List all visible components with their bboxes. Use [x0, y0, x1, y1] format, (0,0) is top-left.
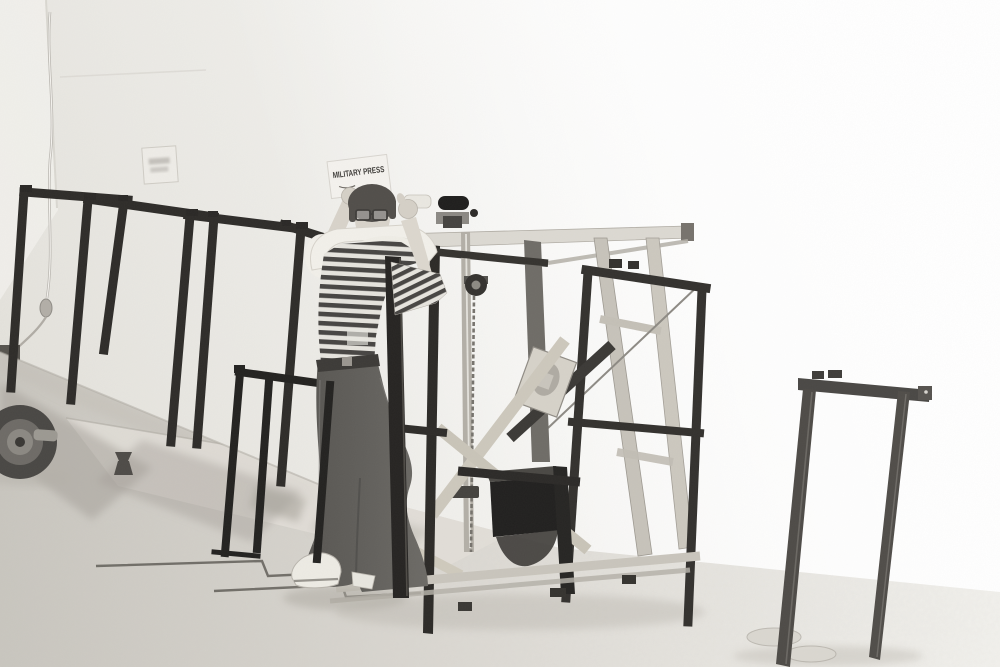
gym-photo: MILITARY PRESS [0, 0, 1000, 667]
gym-photo-canvas: MILITARY PRESS [0, 0, 1000, 667]
film-grain-overlay [0, 0, 1000, 667]
